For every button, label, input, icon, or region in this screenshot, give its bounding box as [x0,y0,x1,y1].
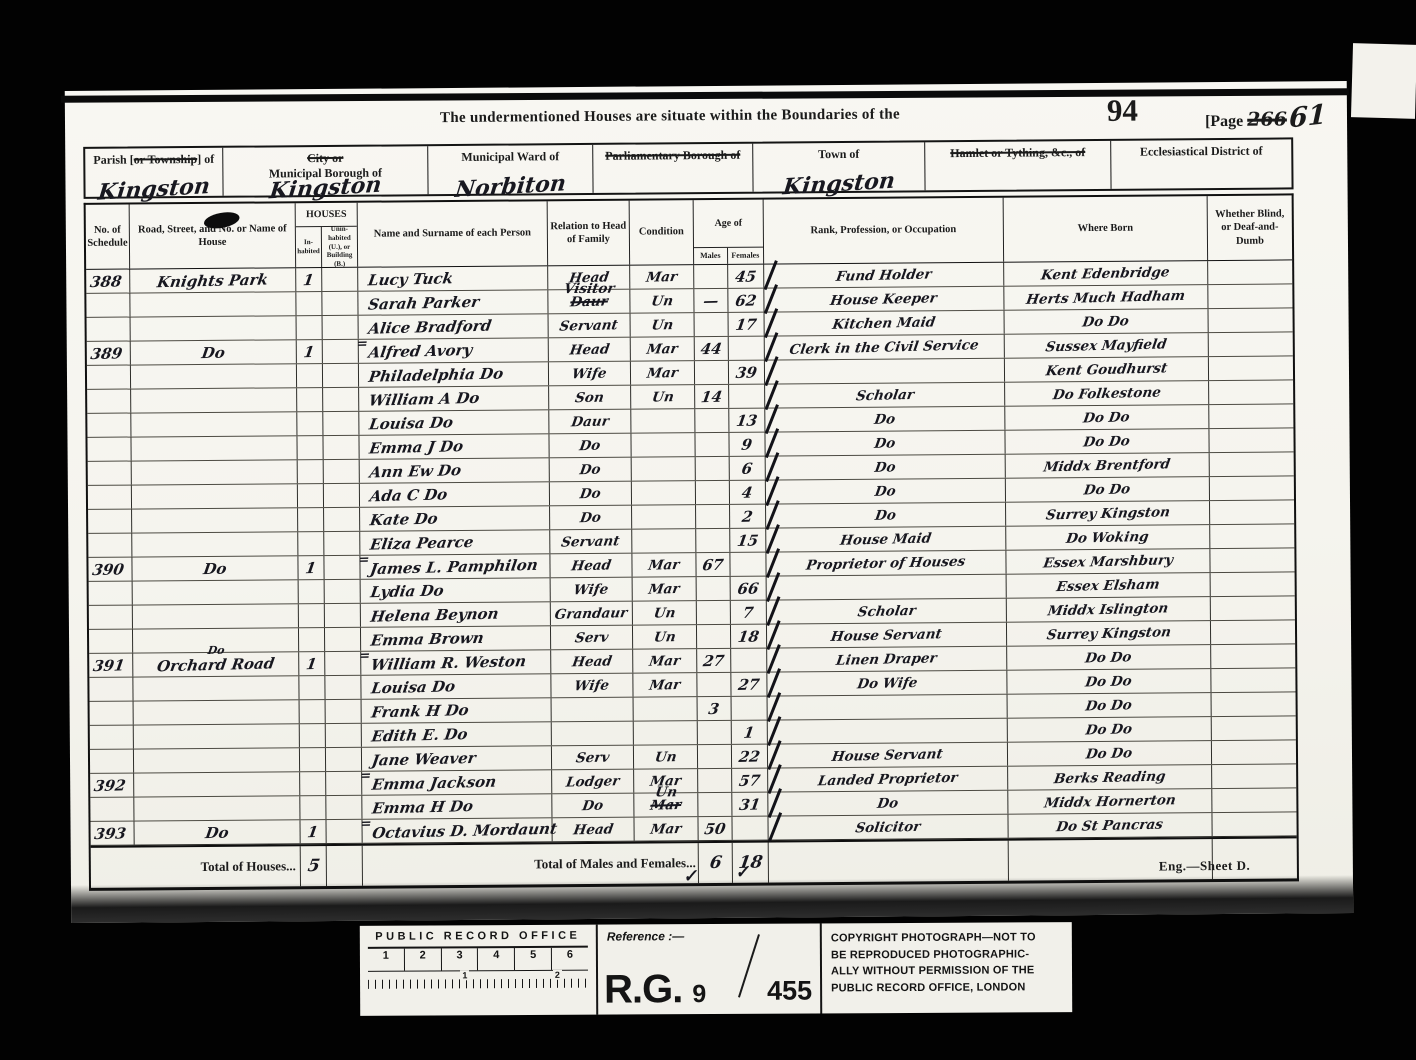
total-houses-value: 5 [301,846,327,886]
handwritten-value: Un [653,629,677,646]
handwritten-value: Mar [648,580,681,597]
handwritten-value: 27 [702,651,726,670]
handwritten-value: Do [579,485,602,502]
handwritten-value: Linen Draper [835,650,938,669]
handwritten-value: James L. Pamphilon [369,555,539,577]
district-label-text: Town of [818,147,859,161]
handwritten-value: 1 [306,822,319,840]
col-header-inhabited: In-habited [296,227,322,267]
district-cell: City orMunicipal Borough ofKingston [223,146,428,196]
handwritten-value: Philadelphia Do [367,364,504,385]
cell-born: Middx Hornerton [1008,789,1212,814]
cell-relation: Servant [550,530,632,554]
cell-born: Sussex Mayfield [1005,333,1209,358]
cell-name: =Alfred Avory [359,338,549,362]
handwritten-value: Do Do [1083,481,1132,498]
district-label: Municipal Ward of [428,149,592,165]
cell-occupation: Clerk in the Civil Service [765,335,1005,360]
cell-male [695,433,729,456]
handwritten-value: 13 [735,411,759,430]
page-label: [Page [1205,113,1243,130]
cell-born: Essex Elsham [1007,573,1211,598]
handwritten-value: 1 [743,723,756,741]
cell-male [696,505,730,528]
page-number-struck: 266 [1247,108,1287,130]
table-header: No. of Schedule Road, Street, and No. or… [86,195,1292,269]
handwritten-value: Mar [645,268,678,285]
handwritten-value: 45 [734,267,758,286]
cell-road [133,580,299,604]
handwritten-note: Un [654,784,678,800]
cell-occupation: House Maid [766,527,1006,552]
cell-male [696,529,730,552]
cell-occupation: Fund Holder [764,263,1004,288]
cell-female: 9 [729,433,765,456]
cell-female [730,553,766,576]
cell-uninhabited [323,340,359,363]
copyright-line: BE REPRODUCED PHOTOGRAPHIC- [831,946,1072,964]
cell-schedule [90,798,134,821]
census-rows: 388Knights Park1Lucy TuckHeadMar45Fund H… [86,260,1296,845]
cell-condition: Un [630,289,694,313]
district-label-struck: Parliamentary Borough of [605,148,740,163]
handwritten-value: 4 [741,483,754,501]
cell-blind [1211,572,1295,596]
cell-road [132,532,298,556]
cell-uninhabited [324,484,360,507]
handwritten-value: Do Do [1082,313,1131,330]
cell-occupation [768,719,1008,744]
cell-female [731,649,767,672]
handwritten-value: Servant [559,317,620,334]
cell-condition [632,481,696,505]
cell-uninhabited [322,268,358,291]
cell-relation: Do [550,506,632,530]
cell-condition [634,697,698,721]
cell-blind [1209,308,1293,332]
handwritten-value: Middx Islington [1047,600,1170,619]
cell-relation: Grandaur [551,602,633,626]
cell-road: Do [134,820,300,844]
district-label-struck: Hamlet or Tything, &c., of [950,145,1085,160]
cell-occupation: Do [766,503,1006,528]
cell-road [133,676,299,700]
cell-female: 66 [731,577,767,600]
cell-uninhabited [326,820,362,843]
cell-born: Do Folkestone [1005,381,1209,406]
handwritten-value: Do Do [1085,721,1134,738]
handwritten-value: Do [874,507,897,524]
cell-inhabited: 1 [298,556,324,579]
cell-uninhabited [322,292,358,315]
handwritten-value: 6 [741,459,754,477]
handwritten-value: Edith E. Do [370,725,469,745]
handwritten-value: Do [579,509,602,526]
col-header-occupation: Rank, Profession, or Occupation [764,198,1004,264]
handwritten-value: 31 [738,795,762,814]
handwritten-value: Head [572,821,614,838]
cell-condition: Un [631,385,695,409]
cell-born: Do St Pancras [1008,813,1212,838]
cell-inhabited: 1 [300,820,326,843]
cell-uninhabited [326,772,362,795]
handwritten-value: Kitchen Maid [832,314,937,333]
cell-condition [632,505,696,529]
cell-schedule [90,750,134,773]
handwritten-value: 3 [708,699,721,717]
cell-occupation [765,359,1005,384]
cell-male [697,673,731,696]
handwritten-value: Do Wife [856,674,918,692]
district-header: Parish [or Township] ofKingstonCity orMu… [83,137,1293,199]
cell-relation: Wife [551,578,633,602]
cell-uninhabited [325,676,361,699]
cell-relation [552,722,634,746]
cell-blind [1211,668,1295,692]
handwritten-value: 9 [740,435,753,453]
col-header-born: Where Born [1004,196,1208,262]
reference-series-line: R.G. 9 [604,967,706,1013]
handwritten-value: Herts Much Hadham [1025,287,1186,307]
handwritten-value: Sarah Parker [367,292,481,313]
col-group-houses: HOUSES In-habited Unin-habited (U.), or … [296,203,359,267]
cell-road [132,460,298,484]
cell-condition: Mar [633,649,697,673]
schedule-mark: = [356,337,369,352]
cell-uninhabited [323,412,359,435]
cell-schedule [88,462,132,485]
handwritten-value: Berks Reading [1053,768,1167,787]
cell-name: Helena Beynon [361,602,551,626]
cell-condition: Un [631,313,695,337]
cell-occupation: Scholar [767,599,1007,624]
handwritten-value: 2 [741,507,754,525]
cell-blind [1210,476,1294,500]
cell-name: Louisa Do [359,410,549,434]
handwritten-value: Mar [647,556,680,573]
ruler-number: 1 [368,949,405,971]
handwritten-value: Do [202,559,228,578]
handwritten-value: Helena Beynon [369,604,500,625]
cell-schedule: 392 [90,774,134,797]
sheet-note: Eng.—Sheet D. [1159,858,1250,875]
cell-condition: Mar [631,337,695,361]
cell-name: Kate Do [360,506,550,530]
cell-schedule [87,390,131,413]
handwritten-value: Emma J Do [368,437,464,457]
cell-condition [631,433,695,457]
cell-female: 15 [730,529,766,552]
cell-male: — [694,289,728,312]
cell-occupation: Do [765,407,1005,432]
cell-female: 6 [730,457,766,480]
cell-female: 62 [728,289,764,312]
cell-born: Do Do [1005,309,1209,334]
handwritten-value: Do Do [1083,433,1132,450]
handwritten-value: Surrey Kingston [1045,624,1171,643]
handwritten-value: Do Do [1085,673,1134,690]
cell-inhabited [300,724,326,747]
cell-blind [1210,452,1294,476]
col-header-road: Road, Street, and No. or Name of House [130,203,296,268]
col-header-males: Males [694,248,728,264]
cell-occupation: Solicitor [768,815,1008,840]
cell-born: Do Do [1008,717,1212,742]
cell-male [697,577,731,600]
handwritten-value: Emma Brown [370,628,486,649]
cell-road [131,364,297,388]
cell-inhabited [297,316,323,339]
cell-occupation: Do Wife [767,671,1007,696]
handwritten-value: Wife [571,365,608,382]
copyright-line: PUBLIC RECORD OFFICE, LONDON [831,979,1072,997]
ruler-number: 6 [552,948,588,970]
handwritten-value: Do [873,411,896,428]
cell-uninhabited [326,748,362,771]
cell-born: Do Woking [1006,525,1210,550]
cell-relation: Do [550,458,632,482]
cell-male [696,481,730,504]
handwritten-value: Orchard Road [156,654,276,675]
handwritten-note: Visitor [562,281,615,297]
handwritten-value: Un [652,605,676,622]
cell-inhabited [298,508,324,531]
total-males-females-label: Total of Males and Females... [363,843,699,886]
cell-condition [632,457,696,481]
handwritten-value: Kent Edenbridge [1040,264,1171,283]
cell-uninhabited [323,436,359,459]
cell-road: Do [132,556,298,580]
cell-road [133,604,299,628]
cell-schedule: 389 [87,342,131,365]
ruler-number: 2 [405,948,442,970]
cell-occupation: Landed Proprietor [768,767,1008,792]
cell-male [697,601,731,624]
cell-condition [632,529,696,553]
cell-name: Jane Weaver [362,746,552,770]
cell-road [131,436,297,460]
cell-name: William A Do [359,386,549,410]
cell-schedule [90,726,134,749]
cell-born: Do Do [1005,405,1209,430]
cell-female: 7 [731,601,767,624]
cell-uninhabited [324,508,360,531]
cell-inhabited [297,436,323,459]
cell-name: =Emma Jackson [362,770,552,794]
cell-schedule: 388 [86,270,130,293]
district-label: Ecclesiastical District of [1111,143,1291,159]
cell-inhabited [300,796,326,819]
cell-inhabited [297,364,323,387]
handwritten-value: Surrey Kingston [1044,504,1170,523]
district-label: Parliamentary Borough of [593,148,752,164]
cell-occupation: Do [768,791,1008,816]
handwritten-value: — [702,291,720,309]
handwritten-value: 1 [302,270,315,288]
handwritten-value: William A Do [368,388,481,409]
handwritten-value: Scholar [854,386,914,403]
cell-schedule [86,294,130,317]
total-houses-hw: 5 [306,856,321,876]
cell-inhabited [298,460,324,483]
cell-schedule: 390 [88,558,132,581]
cell-occupation [768,695,1008,720]
cell-female: 39 [729,361,765,384]
handwritten-value: Alfred Avory [367,340,473,361]
cell-inhabited [299,580,325,603]
handwritten-value: Fund Holder [835,266,933,284]
cell-road [134,772,300,796]
cell-born: Do Do [1008,693,1212,718]
cell-blind [1212,788,1296,812]
pro-ruler-section: PUBLIC RECORD OFFICE 123456 1 2 [360,925,598,1016]
handwritten-value: Octavius D. Mordaunt [371,819,558,842]
handwritten-value: William R. Weston [370,652,528,674]
cell-born: Do Do [1008,741,1212,766]
cell-female [732,817,768,840]
cell-inhabited: 1 [296,268,322,291]
handwritten-value: Do [876,795,899,812]
col-header-uninhabited: Unin-habited (U.), or Building (B.) [322,227,357,267]
cell-schedule [88,486,132,509]
handwritten-value: 50 [703,819,727,838]
cell-inhabited: 1 [299,652,325,675]
handwritten-value: Head [571,653,613,670]
cell-relation: Wife [549,362,631,386]
handwritten-value: Ada C Do [368,485,448,505]
cell-condition: Mar [630,265,694,289]
cell-born: Essex Marshbury [1006,549,1210,574]
cell-relation: Son [549,386,631,410]
cell-blind [1209,356,1293,380]
cell-road [131,388,297,412]
cell-occupation: Do [766,479,1006,504]
handwritten-value: Do Do [1083,409,1132,426]
page-title: The undermentioned Houses are situate wi… [150,104,1190,129]
cell-male: 44 [695,337,729,360]
col-header-blind: Whether Blind, or Deaf-and-Dumb [1208,195,1293,260]
handwritten-value: House Maid [839,530,932,548]
handwritten-value: Emma Jackson [371,772,498,793]
cell-blind [1208,260,1292,284]
handwritten-value: Knights Park [156,270,270,291]
ruler-number: 5 [515,948,552,970]
cell-schedule [88,534,132,557]
cell-uninhabited [324,532,360,555]
cell-schedule [87,366,131,389]
cell-occupation: Linen Draper [767,647,1007,672]
cell-relation: Head [549,338,631,362]
cell-name: Sarah Parker [358,290,548,314]
cell-schedule [87,414,131,437]
handwritten-value: Un [653,749,677,766]
handwritten-value: Un [650,293,674,310]
handwritten-value: Do [578,437,601,454]
handwritten-value: Serv [574,629,610,646]
handwritten-value: Lucy Tuck [367,269,455,289]
cell-occupation [767,575,1007,600]
cell-name: Edith E. Do [362,722,552,746]
handwritten-value: 44 [699,339,723,358]
handwritten-value: Un [651,389,675,406]
cell-male: 67 [696,553,730,576]
cell-blind [1209,332,1293,356]
cell-blind [1212,692,1296,716]
cell-inhabited [300,700,326,723]
handwritten-value: 388 [89,272,123,291]
handwritten-value: Solicitor [854,818,921,836]
handwritten-value: Mar [649,820,682,837]
cell-condition: Mar [631,361,695,385]
district-label-text: Ecclesiastical District of [1140,144,1263,159]
cell-inhabited [300,772,326,795]
cell-uninhabited [325,628,361,651]
cell-female [729,385,765,408]
cell-schedule [88,510,132,533]
cell-born: Herts Much Hadham [1004,285,1208,310]
handwritten-value: 39 [735,363,759,382]
handwritten-value: 15 [736,531,760,550]
cell-road [134,700,300,724]
handwritten-value: Eliza Pearce [369,532,475,553]
handwritten-value: 22 [738,747,762,766]
handwritten-value: Essex Marshbury [1042,552,1174,571]
cell-name: =James L. Pamphilon [360,554,550,578]
cell-uninhabited [324,460,360,483]
handwritten-value: Un [650,317,674,334]
cell-name: Ada C Do [360,482,550,506]
handwritten-value: Do [579,461,602,478]
cell-blind [1209,428,1293,452]
district-label-text: Municipal Ward of [461,149,559,164]
cell-female: 13 [729,409,765,432]
cell-condition [631,409,695,433]
handwritten-value: 14 [700,387,724,406]
cell-schedule [87,318,131,341]
cell-inhabited [299,676,325,699]
handwritten-value: Alice Bradford [367,316,493,337]
census-table: No. of Schedule Road, Street, and No. or… [84,193,1299,890]
cell-schedule [89,678,133,701]
cell-uninhabited [325,604,361,627]
cell-road [130,292,296,316]
col-header-relation: Relation to Head of Family [548,201,631,266]
ruler-number: 3 [442,948,479,970]
cell-name: Frank H Do [362,698,552,722]
cell-relation: VisitorDaur [548,290,630,314]
cell-relation: Head [552,818,634,842]
page-top-edge [61,88,1349,102]
folio-number: 94 [1107,93,1138,129]
cell-relation [552,698,634,722]
cell-born: Middx Islington [1007,597,1211,622]
handwritten-value: Daur [570,413,610,430]
cell-occupation: House Servant [768,743,1008,768]
cell-male [694,265,728,288]
handwritten-value: 57 [738,771,762,790]
cell-relation: Serv [552,746,634,770]
handwritten-value: Head [570,557,612,574]
cell-female: 1 [732,721,768,744]
cell-uninhabited [323,316,359,339]
district-cell: Parliamentary Borough of [593,144,753,193]
cell-uninhabited [326,796,362,819]
cell-condition [634,721,698,745]
handwritten-value: Servant [560,533,621,550]
cell-road [134,748,300,772]
cell-male: 14 [695,385,729,408]
cell-inhabited [300,748,326,771]
